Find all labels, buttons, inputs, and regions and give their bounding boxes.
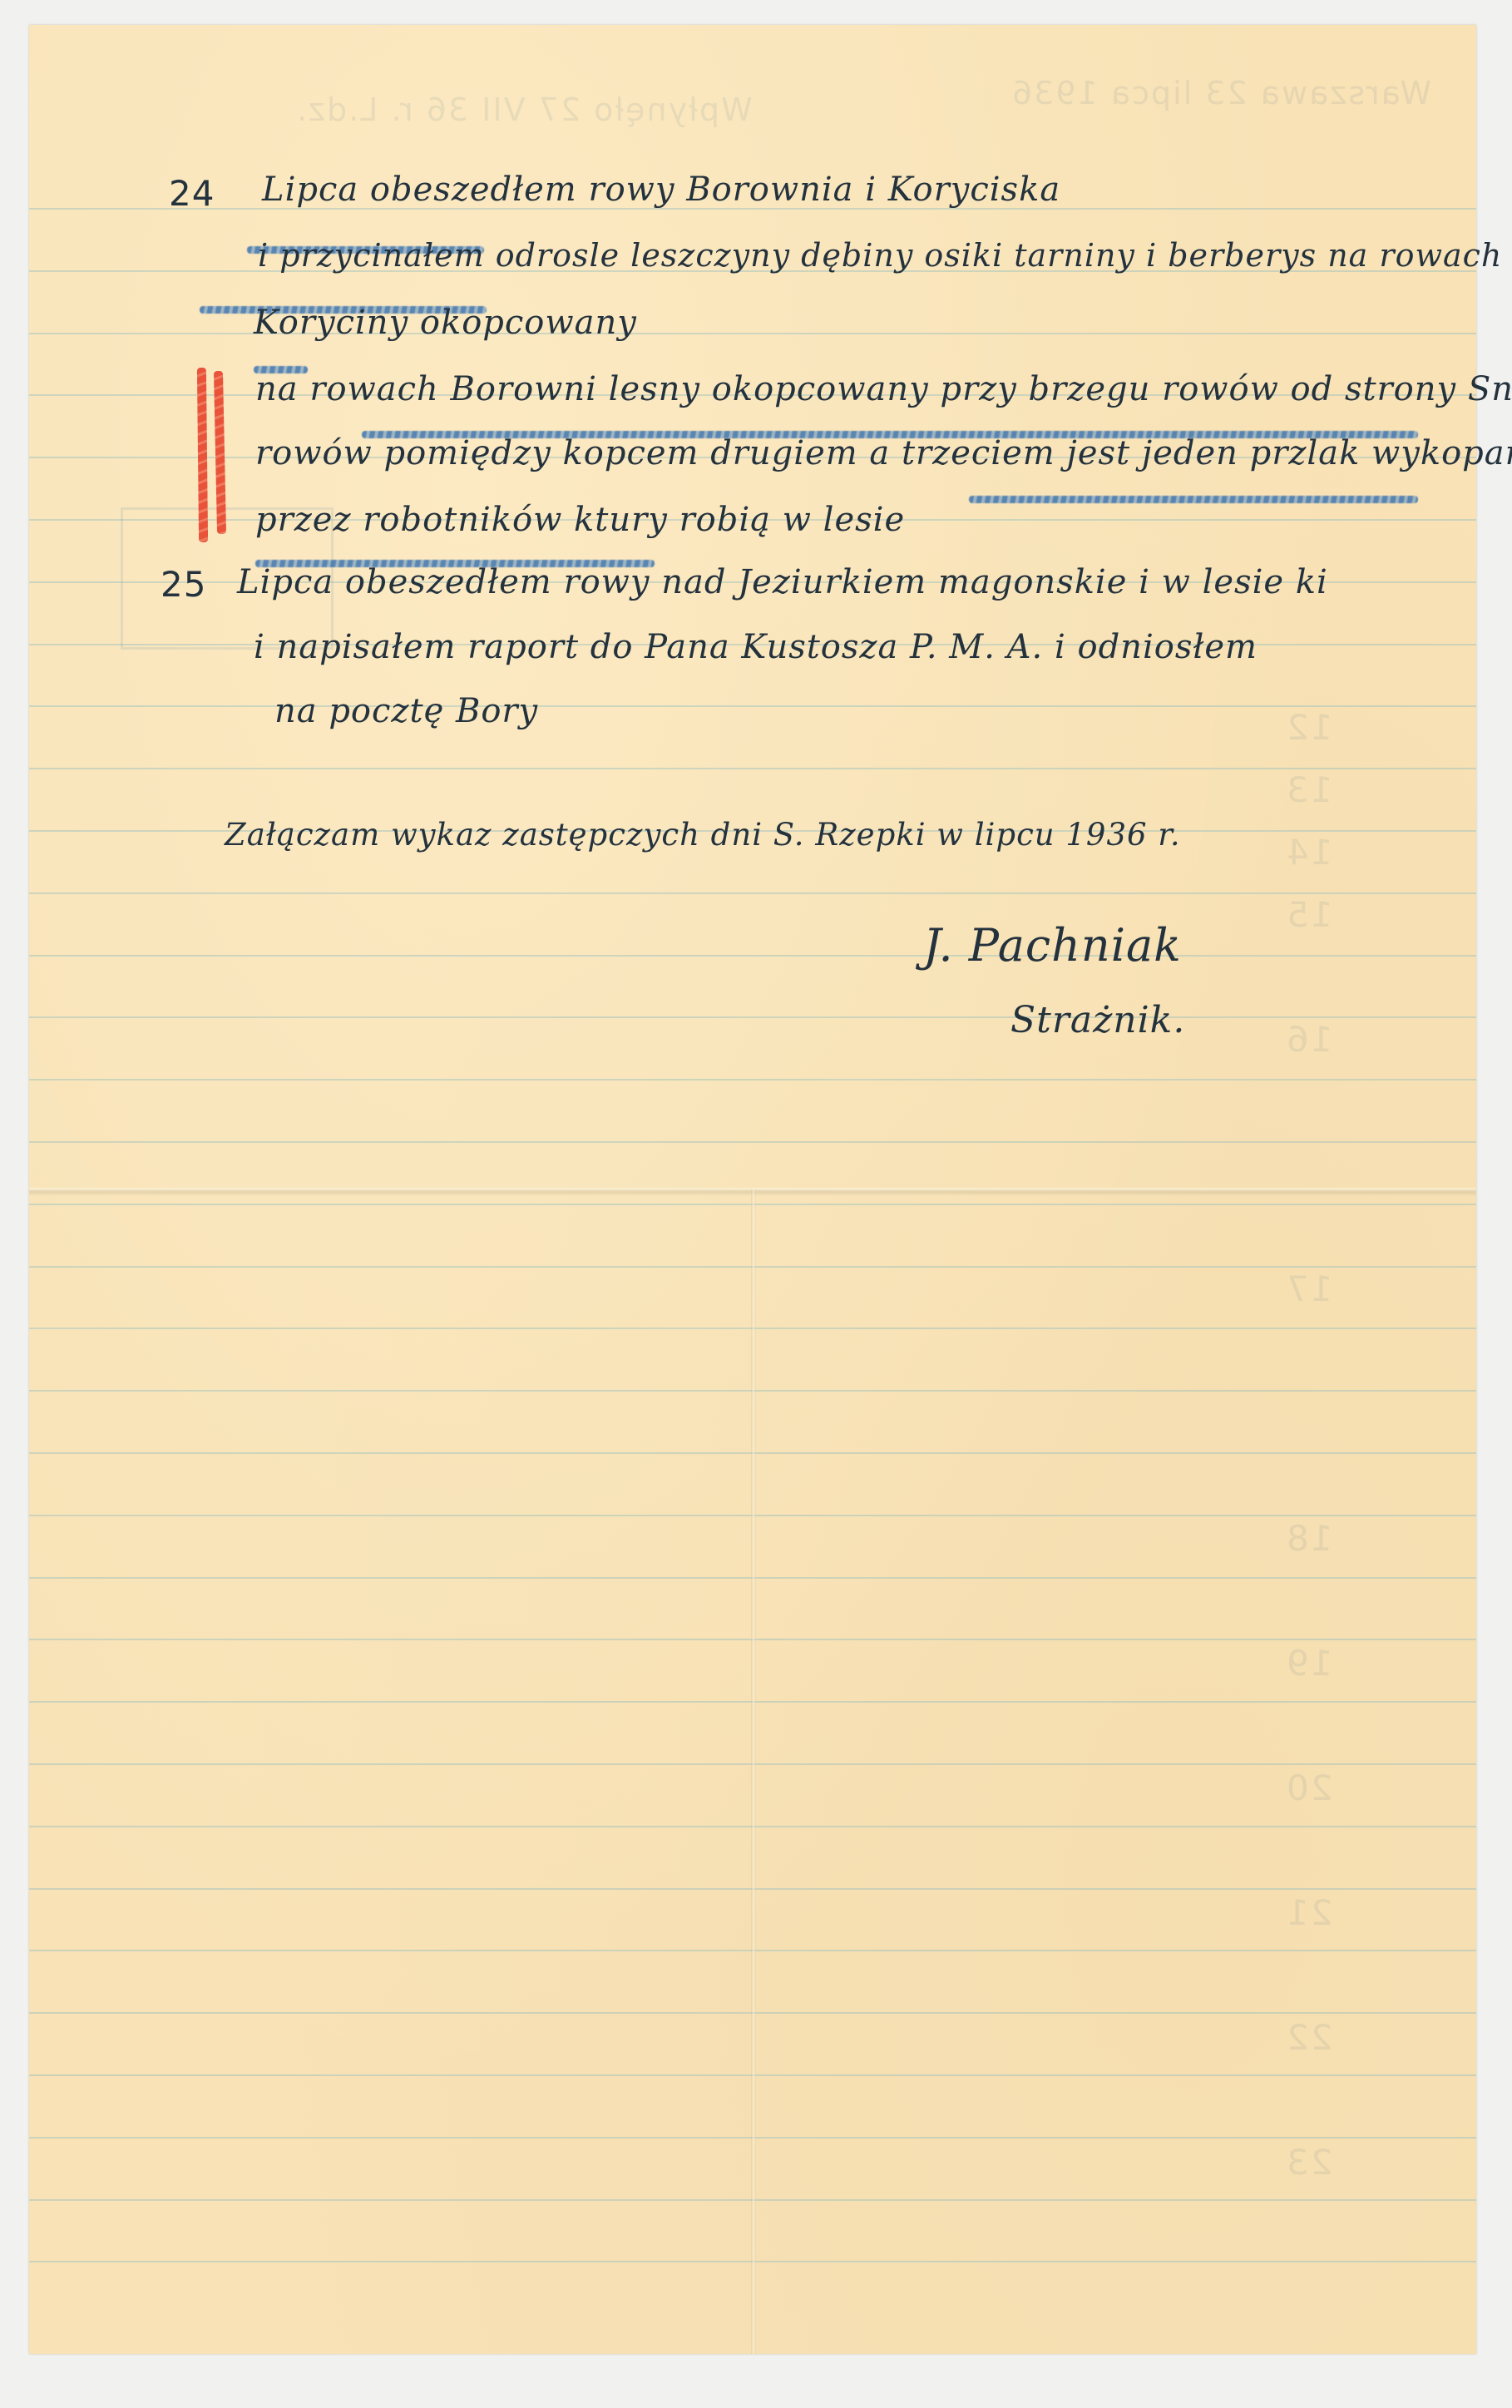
signature-name: J. Pachniak	[923, 923, 1182, 968]
bleed-through-line-number: 15	[1285, 894, 1332, 935]
bleed-through-line-number: 12	[1285, 707, 1332, 748]
ruled-line	[29, 1016, 1476, 1018]
bleed-through-line-number: 17	[1285, 1268, 1332, 1309]
entry-24-line-2: i przycinałem odrosle leszczyny dębiny o…	[258, 240, 1502, 271]
entry-24-line-6: przez robotników ktury robią w lesie	[255, 503, 905, 536]
entry-25-line-3: na pocztę Bory	[274, 695, 538, 728]
bleed-through-header-right: Warszawa 23 lipca 1936	[1010, 75, 1431, 111]
ruled-line	[29, 768, 1476, 769]
entry-day-25: 25	[161, 567, 206, 602]
signature-title: Strażnik.	[1010, 1002, 1185, 1039]
entry-24-line-4: na rowach Borowni lesny okopcowany przy …	[255, 373, 1512, 406]
ruled-line	[29, 1079, 1476, 1080]
bleed-through-line-number: 22	[1285, 2017, 1332, 2058]
ruled-line	[29, 705, 1476, 707]
red-pencil-mark-left	[197, 368, 208, 542]
blue-underline	[969, 496, 1418, 503]
document-page: Warszawa 23 lipca 1936 Wpłynęło 27 VII 3…	[29, 25, 1476, 2354]
entry-24-line-3: Koryciny okopcowany	[254, 306, 637, 339]
entry-25-line-2: i napisałem raport do Pana Kustosza P. M…	[254, 630, 1258, 664]
bleed-through-line-number: 20	[1285, 1768, 1332, 1808]
bleed-through-line-number: 21	[1285, 1892, 1332, 1933]
bleed-through-line-number: 13	[1285, 769, 1332, 810]
entry-25-line-1: Lipca obeszedłem rowy nad Jeziurkiem mag…	[237, 566, 1328, 599]
bleed-through-line-number: 14	[1285, 832, 1332, 873]
entry-24-line-1: Lipca obeszedłem rowy Borownia i Korycis…	[262, 173, 1060, 206]
ruled-line	[29, 333, 1476, 334]
enclosure-note: Załączam wykaz zastępczych dni S. Rzepki…	[225, 819, 1181, 850]
ruled-line	[29, 955, 1476, 957]
ruled-line	[29, 1141, 1476, 1143]
entry-24-line-5: rowów pomiędzy kopcem drugiem a trzeciem…	[255, 437, 1512, 470]
bleed-through-line-number: 23	[1285, 2142, 1332, 2183]
bleed-through-line-number: 19	[1285, 1643, 1332, 1684]
bleed-through-header-left: Wpłynęło 27 VII 36 r. L.dz.	[295, 91, 753, 128]
ruled-line	[29, 892, 1476, 894]
bleed-through-line-number: 18	[1285, 1518, 1332, 1559]
bleed-through-line-number: 16	[1285, 1019, 1332, 1060]
vertical-fold	[751, 1189, 756, 2354]
entry-day-24: 24	[169, 176, 215, 211]
